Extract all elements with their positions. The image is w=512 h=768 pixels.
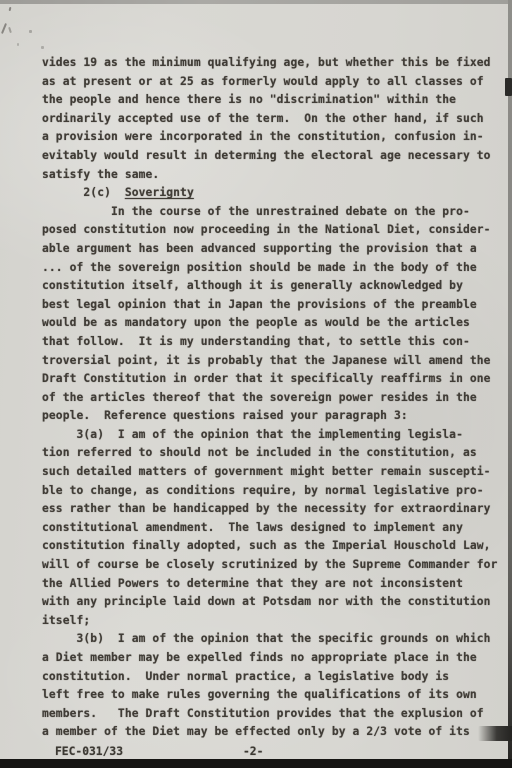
pencil-mark [17,43,19,46]
typewritten-line: with any principle laid down at Potsdam … [42,593,496,612]
typewritten-line: the Allied Powers to determine that they… [42,575,496,594]
typewritten-line: constitution finally adopted, such as th… [42,537,496,556]
typewritten-line: members. The Draft Constitution provides… [42,705,496,724]
typewritten-lines: vides 19 as the minimum qualifying age, … [42,54,496,742]
typewritten-line: 2(c) Soverignty [42,184,496,203]
typewritten-line: ordinarily accepted use of the term. On … [42,110,496,129]
typewritten-line: the people and hence there is no "discri… [42,91,496,110]
typewritten-line: evitably would result in determing the e… [42,147,496,166]
typewritten-line: ess rather than be handicapped by the ne… [42,500,496,519]
typewritten-line: constitutional amendment. The laws desig… [42,519,496,538]
pencil-mark [41,46,44,49]
typewritten-line: that follow. It is my understanding that… [42,333,496,352]
typewritten-line: able argument has been advanced supporti… [42,240,496,259]
typewritten-line: would be as mandatory upon the people as… [42,314,496,333]
typewritten-line: people. Reference questions raised your … [42,407,496,426]
typewritten-line: a member of the Diet may be effected onl… [42,723,496,742]
scan-corner-smudge [478,726,512,741]
typewritten-line: will of course be closely scrutinized by… [42,556,496,575]
typewritten-line: posed constitution now proceeding in the… [42,221,496,240]
typewritten-line: vides 19 as the minimum qualifying age, … [42,54,496,73]
document-page: vides 19 as the minimum qualifying age, … [0,0,512,768]
typewritten-line: 3(a) I am of the opinion that the implem… [42,426,496,445]
typewritten-line: as at present or at 25 as formerly would… [42,73,496,92]
pencil-mark [1,23,7,34]
typewritten-line: such detailed matters of government migh… [42,463,496,482]
scan-bottom-edge [0,759,512,768]
typewritten-line: satisfy the same. [42,166,496,185]
pencil-marks [0,0,60,60]
typewritten-line: of the articles thereof that the soverei… [42,389,496,408]
typewritten-line: left free to make rules governing the qu… [42,686,496,705]
typewritten-line: ble to change, as conditions require, by… [42,482,496,501]
pencil-mark [29,30,32,33]
typewritten-line: a Diet member may be expelled finds no a… [42,649,496,668]
pencil-mark [9,7,12,11]
typewritten-line: troversial point, it is probably that th… [42,352,496,371]
page-number: -2- [243,745,263,758]
typewritten-line: ... of the sovereign position should be … [42,259,496,278]
typewritten-line: constitution itself, although it is gene… [42,277,496,296]
scan-right-edge [508,0,512,768]
typewritten-line: Draft Constitution in order that it spec… [42,370,496,389]
pencil-mark [8,27,12,33]
typewritten-line: itself; [42,612,496,631]
typewritten-line: constitution. Under normal practice, a l… [42,668,496,687]
scan-right-notch [505,78,512,96]
typewritten-line: 3(b) I am of the opinion that the specif… [42,630,496,649]
typewritten-line: a provision were incorporated in the con… [42,128,496,147]
document-id: FEC-031/33 [55,745,123,758]
scan-top-edge [0,0,512,4]
underlined-heading: Soverignty [125,186,194,199]
typewritten-line: tion referred to should not be included … [42,444,496,463]
typewritten-line: In the course of the unrestrained debate… [42,203,496,222]
typewritten-line: best legal opinion that in Japan the pro… [42,296,496,315]
